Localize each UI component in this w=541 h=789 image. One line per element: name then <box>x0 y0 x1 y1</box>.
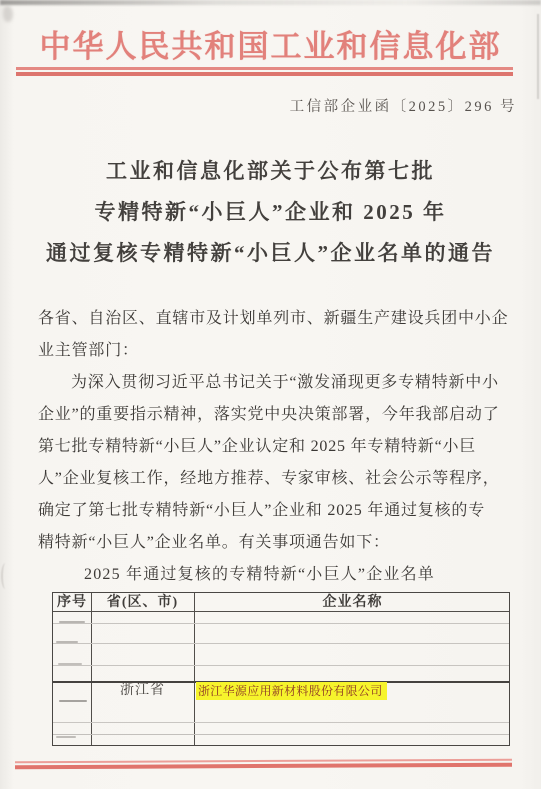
letterhead-divider-rule <box>16 67 513 76</box>
table-header-divider <box>53 611 509 612</box>
body-line: 各省、自治区、直辖市及计划单列市、新疆生产建设兵团中小企 <box>38 303 516 335</box>
document-reference-number: 工信部企业函〔2025〕296 号 <box>290 95 517 116</box>
scan-corner-artifact <box>3 6 13 22</box>
footer-divider-rule <box>15 759 512 770</box>
table-header-seq: 序号 <box>53 594 91 611</box>
table-cell-company-highlighted: 浙江华源应用新材料股份有限公司 <box>196 682 387 700</box>
document-title: 工业和信息化部关于公布第七批 专精特新“小巨人”企业和 2025 年 通过复核专… <box>0 151 541 274</box>
scanned-document-page: 中华人民共和国工业和信息化部 工信部企业函〔2025〕296 号 工业和信息化部… <box>0 0 541 789</box>
roster-list-heading: 2025 年通过复核的专精特新“小巨人”企业名单 <box>38 559 516 591</box>
body-line: 为深入贯彻习近平总书记关于“激发涌现更多专精特新中小 <box>38 367 516 399</box>
title-line-2: 专精特新“小巨人”企业和 2025 年 <box>0 192 541 233</box>
document-body: 各省、自治区、直辖市及计划单列市、新疆生产建设兵团中小企 业主管部门： 为深入贯… <box>38 303 516 559</box>
body-line: 精特新“小巨人”企业名单。有关事项通告如下： <box>38 527 516 559</box>
title-line-1: 工业和信息化部关于公布第七批 <box>0 151 541 192</box>
body-line: 人”企业复核工作，经地方推荐、专家审核、社会公示等程序， <box>38 463 516 495</box>
table-header-province: 省(区、市) <box>91 594 194 611</box>
redacted-seq-mark <box>59 700 87 702</box>
table-row-divider-faint <box>53 643 509 644</box>
body-line: 企业”的重要指示精神，落实党中央决策部署，今年我部启动了 <box>38 399 516 431</box>
table-row-divider-faint <box>53 722 509 723</box>
body-line: 第七批专精特新“小巨人”企业认定和 2025 年专精特新“小巨 <box>38 431 516 463</box>
table-cell-province: 浙江省 <box>91 682 194 700</box>
redacted-seq-mark <box>56 736 76 738</box>
redacted-seq-mark <box>59 621 85 623</box>
scan-smudge-artifact <box>1 563 10 589</box>
table-row-divider-faint <box>53 734 509 735</box>
body-line: 确定了第七批专精特新“小巨人”企业和 2025 年通过复核的专 <box>38 495 516 527</box>
table-header-company: 企业名称 <box>194 594 511 611</box>
body-line: 业主管部门： <box>38 335 516 367</box>
title-line-3: 通过复核专精特新“小巨人”企业名单的通告 <box>0 233 541 274</box>
table-row-divider-faint <box>53 665 509 666</box>
table-row-divider-faint <box>53 623 509 624</box>
agency-letterhead: 中华人民共和国工业和信息化部 <box>0 21 541 66</box>
enterprise-roster-table: 序号 省(区、市) 企业名称 浙江省 浙江华源应用新材料股份有限公司 <box>52 592 510 746</box>
redacted-seq-mark <box>58 663 82 665</box>
redacted-seq-mark <box>56 641 78 643</box>
scan-edge-artifact <box>0 0 541 5</box>
